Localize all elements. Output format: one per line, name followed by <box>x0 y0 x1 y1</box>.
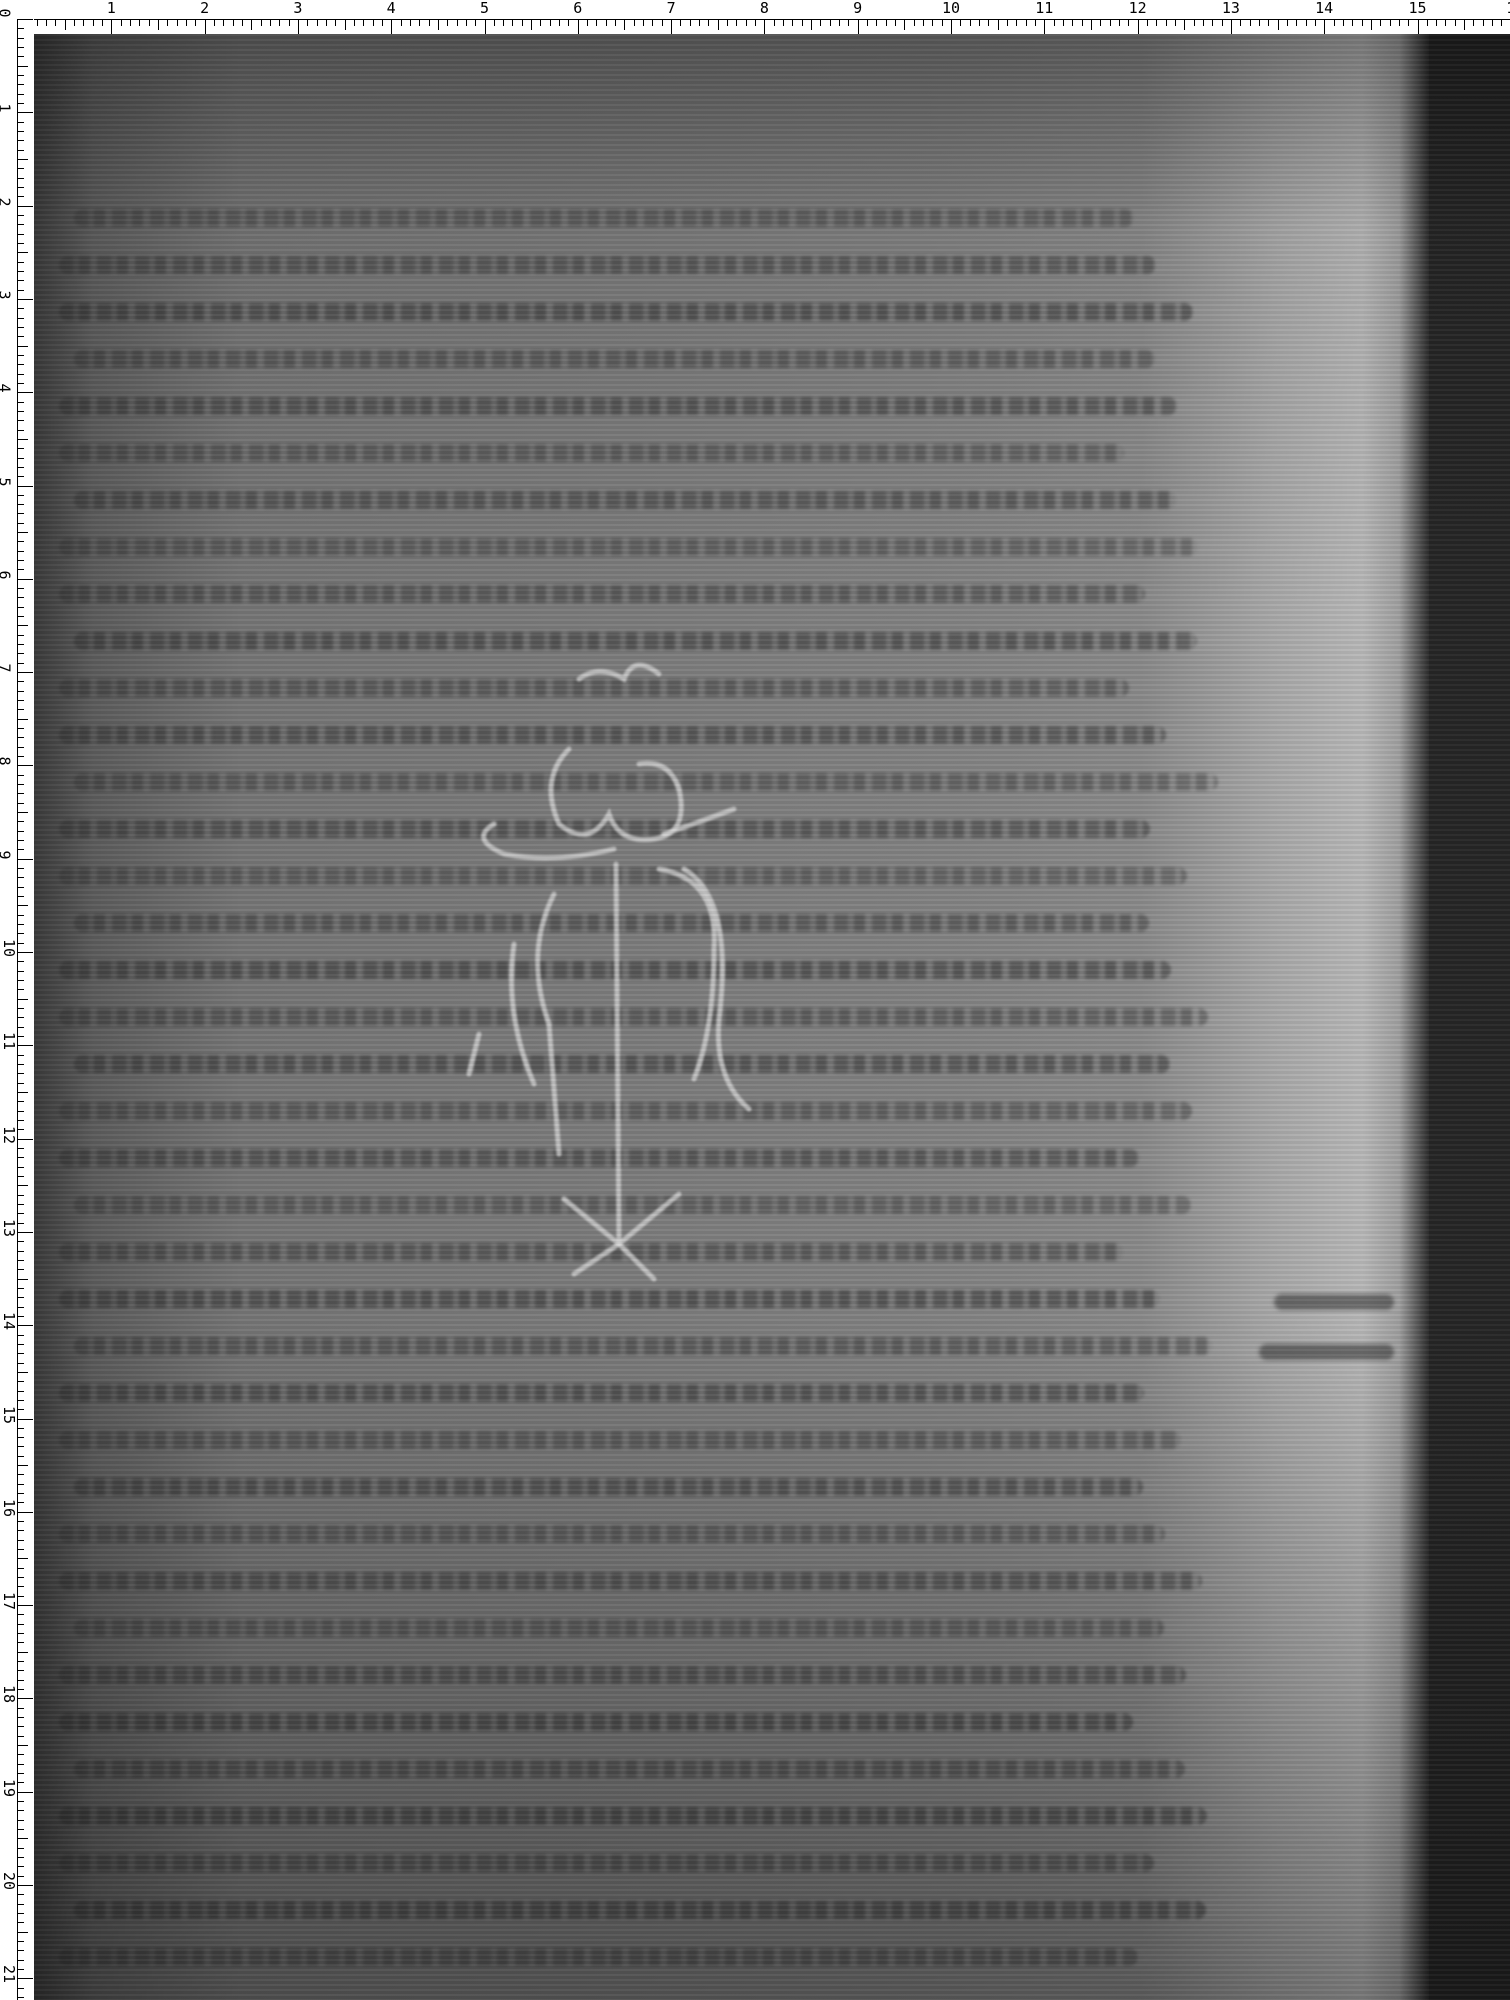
ruler-tick <box>746 19 747 26</box>
ruler-tick <box>17 1232 33 1233</box>
ruler-tick <box>17 1446 24 1447</box>
ruler-tick <box>363 19 364 26</box>
ruler-tick <box>17 346 28 347</box>
ruler-tick <box>820 19 821 26</box>
ruler-tick <box>37 19 38 26</box>
ruler-tick <box>503 19 504 26</box>
ruler-tick <box>17 1848 24 1849</box>
ruler-tick <box>1110 19 1111 26</box>
ruler-tick <box>1138 19 1139 34</box>
ruler-tick <box>17 299 33 300</box>
ruler-tick <box>17 1409 24 1410</box>
ruler-tick <box>17 821 24 822</box>
ruler-tick <box>17 458 24 459</box>
ruler-tick <box>17 1745 28 1746</box>
ruler-tick <box>17 336 24 337</box>
ruler-tick <box>1483 19 1484 26</box>
ruler-tick <box>680 19 681 26</box>
ruler-tick <box>17 448 24 449</box>
ruler-tick <box>17 168 24 169</box>
ruler-tick <box>46 19 47 26</box>
ruler-tick <box>205 19 206 34</box>
ruler-tick <box>1418 19 1419 34</box>
ruler-tick <box>17 1633 24 1634</box>
ruler-tick <box>1007 19 1008 26</box>
ruler-tick <box>17 607 24 608</box>
ruler-tick <box>139 19 140 26</box>
ruler-tick <box>17 1465 28 1466</box>
ruler-tick <box>512 19 513 26</box>
ruler-tick <box>17 756 24 757</box>
ruler-tick <box>130 19 131 26</box>
ruler-tick <box>1278 19 1279 30</box>
ruler-tick <box>17 1195 24 1196</box>
ruler-label-text: 10 <box>1 939 17 957</box>
ruler-tick <box>410 19 411 26</box>
ruler-tick <box>550 19 551 26</box>
ruler-tick <box>17 691 24 692</box>
ruler-tick <box>522 19 523 26</box>
ruler-tick <box>17 943 24 944</box>
ruler-tick <box>17 933 24 934</box>
ruler-label-text: 19 <box>1 1779 17 1797</box>
ruler-tick <box>708 19 709 26</box>
ruler-tick <box>643 19 644 26</box>
ruler-tick <box>17 1297 24 1298</box>
ruler-tick <box>17 1997 24 1998</box>
ruler-tick <box>17 1391 24 1392</box>
ruler-tick <box>17 1913 24 1914</box>
ruler-tick <box>17 1960 24 1961</box>
ruler-label: 3 <box>293 0 302 16</box>
ruler-tick <box>17 215 24 216</box>
ruler-tick <box>1082 19 1083 26</box>
ruler-tick <box>17 1111 24 1112</box>
ruler-tick <box>17 1353 24 1354</box>
ruler-tick <box>17 1008 24 1009</box>
ruler-tick <box>17 1036 24 1037</box>
ruler-tick <box>17 653 24 654</box>
ruler-tick <box>17 1978 33 1979</box>
ruler-tick <box>17 392 33 393</box>
ruler-tick <box>494 19 495 26</box>
ruler-tick <box>1091 19 1092 30</box>
ruler-tick <box>17 1726 24 1727</box>
ruler-tick <box>17 1586 24 1587</box>
ruler-tick <box>783 19 784 26</box>
ruler-tick <box>17 1820 24 1821</box>
ruler-tick <box>17 486 33 487</box>
ruler-label-text: 12 <box>1 1126 17 1144</box>
ruler-tick <box>1287 19 1288 26</box>
ruler-tick <box>17 999 28 1000</box>
ruler-tick <box>17 290 24 291</box>
ruler-tick <box>895 19 896 26</box>
ruler-tick <box>17 840 24 841</box>
ruler-tick <box>17 140 24 141</box>
ruler-tick <box>17 775 24 776</box>
ruler-label: 1 <box>107 0 116 16</box>
ruler-label: 13 <box>1222 0 1240 16</box>
ruler-tick <box>17 1241 24 1242</box>
ruler-tick <box>447 19 448 26</box>
ruler-tick <box>17 1549 24 1550</box>
ruler-tick <box>17 1614 24 1615</box>
ruler-tick <box>559 19 560 26</box>
ruler-tick <box>1259 19 1260 26</box>
ruler-tick <box>17 1885 33 1886</box>
ruler-tick <box>17 597 24 598</box>
ruler-tick <box>289 19 290 26</box>
ruler-tick <box>17 411 24 412</box>
ruler-tick <box>540 19 541 26</box>
ruler-tick <box>17 523 24 524</box>
ruler-tick <box>886 19 887 26</box>
ruler-tick <box>17 1512 33 1513</box>
ruler-tick <box>17 1521 24 1522</box>
ruler-tick <box>17 1661 24 1662</box>
ruler-label-text: 11 <box>1 1032 17 1050</box>
ruler-tick <box>382 19 383 26</box>
ruler-label-text: 6 <box>0 570 13 579</box>
ruler-tick <box>121 19 122 26</box>
ruler-label-text: 15 <box>1 1405 17 1423</box>
ruler-tick <box>1268 19 1269 26</box>
ruler-tick <box>1250 19 1251 26</box>
ruler-tick <box>634 19 635 26</box>
ruler-tick <box>848 19 849 26</box>
ruler-label: 10 <box>942 0 960 16</box>
ruler-tick <box>158 19 159 30</box>
ruler-tick <box>17 1400 24 1401</box>
ruler-tick <box>17 1129 24 1130</box>
ruler-tick <box>17 430 24 431</box>
ruler-tick <box>17 47 24 48</box>
ruler-tick <box>17 747 24 748</box>
ruler-tick <box>55 19 56 26</box>
ruler-tick <box>391 19 392 34</box>
ruler-tick <box>17 355 24 356</box>
ruler-tick <box>17 327 24 328</box>
ruler-tick <box>17 495 24 496</box>
ruler-tick <box>17 541 24 542</box>
ruler-tick <box>1343 19 1344 26</box>
ruler-label-text: 18 <box>1 1685 17 1703</box>
ruler-tick <box>401 19 402 26</box>
ruler-tick <box>17 719 28 720</box>
ruler-tick <box>1371 19 1372 30</box>
ruler-tick <box>17 1922 24 1923</box>
ruler-tick <box>988 19 989 26</box>
ruler-tick <box>17 616 24 617</box>
ruler-tick <box>17 1456 24 1457</box>
ruler-tick <box>17 1363 24 1364</box>
ruler-tick <box>17 1904 24 1905</box>
ruler-tick <box>242 19 243 26</box>
ruler-tick <box>17 476 24 477</box>
ruler-label: 8 <box>760 0 769 16</box>
ruler-tick <box>17 196 24 197</box>
ruler-tick <box>727 19 728 26</box>
ruler-tick <box>951 19 952 34</box>
ruler-tick <box>17 1344 24 1345</box>
ruler-tick <box>17 513 24 514</box>
ruler-tick <box>17 588 24 589</box>
ruler-tick <box>17 831 24 832</box>
ruler-tick <box>17 812 28 813</box>
ruler-tick <box>578 19 579 34</box>
ruler-tick <box>1063 19 1064 26</box>
ruler-label-text: 20 <box>1 1872 17 1890</box>
ruler-tick <box>17 1558 28 1559</box>
ruler-label-text: 4 <box>0 384 13 393</box>
ruler-tick <box>17 784 24 785</box>
ruler-tick <box>587 19 588 26</box>
ruler-tick <box>17 1372 28 1373</box>
ruler-tick <box>755 19 756 26</box>
ruler-tick <box>17 271 24 272</box>
ruler-tick <box>17 383 24 384</box>
ruler-tick <box>876 19 877 26</box>
ruler-tick <box>718 19 719 30</box>
ruler-tick <box>17 1530 24 1531</box>
ruler-tick <box>17 868 24 869</box>
ruler-tick <box>17 19 33 20</box>
ruler-label-text: 14 <box>1 1312 17 1330</box>
ruler-tick <box>1380 19 1381 26</box>
ruler-tick <box>17 1204 24 1205</box>
ruler-tick <box>17 961 24 962</box>
ruler-tick <box>17 663 24 664</box>
ruler-tick <box>186 19 187 26</box>
ruler-label-text: 5 <box>0 477 13 486</box>
ruler-tick <box>17 1316 24 1317</box>
ruler-tick <box>17 971 24 972</box>
ruler-tick <box>17 84 24 85</box>
ruler-tick <box>17 1502 24 1503</box>
ruler-tick <box>671 19 672 34</box>
ruler-tick <box>17 709 24 710</box>
ruler-tick <box>839 19 840 26</box>
ruler-tick <box>17 1120 24 1121</box>
ruler-tick <box>373 19 374 26</box>
ruler-tick <box>233 19 234 26</box>
ruler-tick <box>979 19 980 26</box>
ruler-tick <box>17 924 24 925</box>
ruler-tick <box>17 374 24 375</box>
ruler-tick <box>17 1064 24 1065</box>
ruler-tick <box>17 569 24 570</box>
ruler-tick <box>17 56 24 57</box>
ruler-tick <box>17 877 24 878</box>
ruler-tick <box>1473 19 1474 26</box>
ruler-tick <box>932 19 933 26</box>
ruler-tick <box>17 1493 24 1494</box>
ruler-tick <box>485 19 486 34</box>
ruler-tick <box>792 19 793 26</box>
ruler-tick <box>149 19 150 26</box>
ruler-tick <box>17 1260 24 1261</box>
ruler-tick <box>17 1167 24 1168</box>
ruler-tick <box>17 1857 24 1858</box>
ruler-tick <box>17 1605 33 1606</box>
ruler-tick <box>17 700 24 701</box>
ruler-tick <box>17 504 24 505</box>
ruler-tick <box>17 1773 24 1774</box>
ruler-tick <box>1100 19 1101 26</box>
ruler-tick <box>251 19 252 30</box>
ruler-tick <box>17 1223 24 1224</box>
ruler-tick <box>1492 19 1493 26</box>
ruler-tick <box>17 1876 24 1877</box>
ruler-tick <box>1445 19 1446 26</box>
ruler-tick <box>17 1269 24 1270</box>
ruler-tick <box>17 1829 24 1830</box>
ruler-label-text: 13 <box>1 1219 17 1237</box>
ruler-tick <box>1016 19 1017 26</box>
ruler-tick <box>1072 19 1073 26</box>
ruler-tick <box>326 19 327 26</box>
ruler-tick <box>17 1101 24 1102</box>
ruler-tick <box>17 28 24 29</box>
ruler-tick <box>17 1670 24 1671</box>
ruler-tick <box>942 19 943 26</box>
ruler-tick <box>596 19 597 26</box>
ruler-tick <box>17 1866 24 1867</box>
ruler-tick <box>261 19 262 26</box>
ruler-tick <box>17 1838 28 1839</box>
ruler-label-text: 21 <box>1 1965 17 1983</box>
ruler-tick <box>17 905 28 906</box>
ruler-tick <box>17 1568 24 1569</box>
ruler-tick <box>270 19 271 26</box>
ruler-tick <box>279 19 280 26</box>
ruler-tick <box>1436 19 1437 26</box>
ruler-tick <box>17 952 33 953</box>
ruler-label: 4 <box>387 0 396 16</box>
ruler-tick <box>17 728 24 729</box>
ruler-tick <box>764 19 765 34</box>
ruler-tick <box>17 1213 24 1214</box>
ruler-label: 2 <box>200 0 209 16</box>
ruler-tick <box>17 1689 24 1690</box>
ruler-tick <box>1296 19 1297 26</box>
ruler-tick <box>17 1157 24 1158</box>
ruler-tick <box>17 765 33 766</box>
ruler-label: 9 <box>853 0 862 16</box>
ruler-tick <box>17 896 24 897</box>
ruler-label: 7 <box>667 0 676 16</box>
ruler-tick <box>102 19 103 26</box>
ruler-tick <box>17 1419 33 1420</box>
ruler-tick <box>17 1810 24 1811</box>
ruler-tick <box>1306 19 1307 26</box>
ruler-tick <box>335 19 336 26</box>
ruler-tick <box>1455 19 1456 26</box>
ruler-tick <box>17 915 24 916</box>
ruler-tick <box>17 1148 24 1149</box>
ruler-tick <box>830 19 831 26</box>
ruler-tick <box>1044 19 1045 34</box>
ruler-tick <box>17 625 28 626</box>
ruler-tick <box>17 1754 24 1755</box>
ruler-tick <box>1026 19 1027 26</box>
ruler-tick <box>17 402 24 403</box>
ruler-tick <box>811 19 812 30</box>
ruler-label: 6 <box>573 0 582 16</box>
ruler-tick <box>17 1307 24 1308</box>
ruler-tick <box>17 38 24 39</box>
ruler-tick <box>1315 19 1316 26</box>
ruler-tick <box>662 19 663 26</box>
ruler-tick <box>802 19 803 26</box>
ruler-label-text: 17 <box>1 1592 17 1610</box>
ruler-tick <box>1231 19 1232 34</box>
ruler-label: 1 <box>1506 0 1510 16</box>
ruler-label: 15 <box>1408 0 1426 16</box>
ruler-tick <box>17 243 24 244</box>
ruler-tick <box>17 1941 24 1942</box>
ruler-tick <box>17 1381 24 1382</box>
ruler-tick <box>1334 19 1335 26</box>
ruler-tick <box>17 112 33 113</box>
ruler-tick <box>17 803 24 804</box>
ruler-tick <box>17 103 24 104</box>
ruler-tick <box>17 1969 24 1970</box>
ruler-tick <box>17 887 24 888</box>
ruler-tick <box>438 19 439 30</box>
ruler-tick <box>214 19 215 26</box>
ruler-tick <box>17 849 24 850</box>
ruler-tick <box>17 793 24 794</box>
ruler-tick <box>17 1708 24 1709</box>
ruler-label-text: 0 <box>0 8 13 17</box>
ruler-tick <box>17 681 24 682</box>
ruler-tick <box>17 1717 24 1718</box>
ruler-tick <box>17 1680 24 1681</box>
ruler-tick <box>17 122 24 123</box>
ruler-tick <box>17 224 24 225</box>
ruler-tick <box>17 280 24 281</box>
ruler-tick <box>1035 19 1036 26</box>
ruler-tick <box>1390 19 1391 26</box>
ruler-tick <box>298 19 299 34</box>
ruler-label-text: 7 <box>0 664 13 673</box>
ruler-tick <box>699 19 700 26</box>
ruler-tick <box>1184 19 1185 30</box>
ruler-tick <box>624 19 625 30</box>
ruler-tick <box>17 635 24 636</box>
ruler-tick <box>1399 19 1400 26</box>
ruler-tick <box>1119 19 1120 26</box>
ruler-tick <box>1501 19 1502 26</box>
ruler-tick <box>17 672 33 673</box>
ruler-tick <box>17 1279 28 1280</box>
ruler-tick <box>736 19 737 26</box>
ruler-tick <box>83 19 84 26</box>
ruler-tick <box>1212 19 1213 26</box>
ruler-tick <box>17 579 33 580</box>
ruler-label: 14 <box>1315 0 1333 16</box>
ruler-tick <box>17 1083 24 1084</box>
ruler-tick <box>17 1932 28 1933</box>
ruler-tick <box>354 19 355 26</box>
ruler-tick <box>1175 19 1176 26</box>
ruler-label-text: 1 <box>0 104 13 113</box>
ruler-tick <box>970 19 971 26</box>
ruler-tick <box>867 19 868 26</box>
ruler-tick <box>429 19 430 26</box>
